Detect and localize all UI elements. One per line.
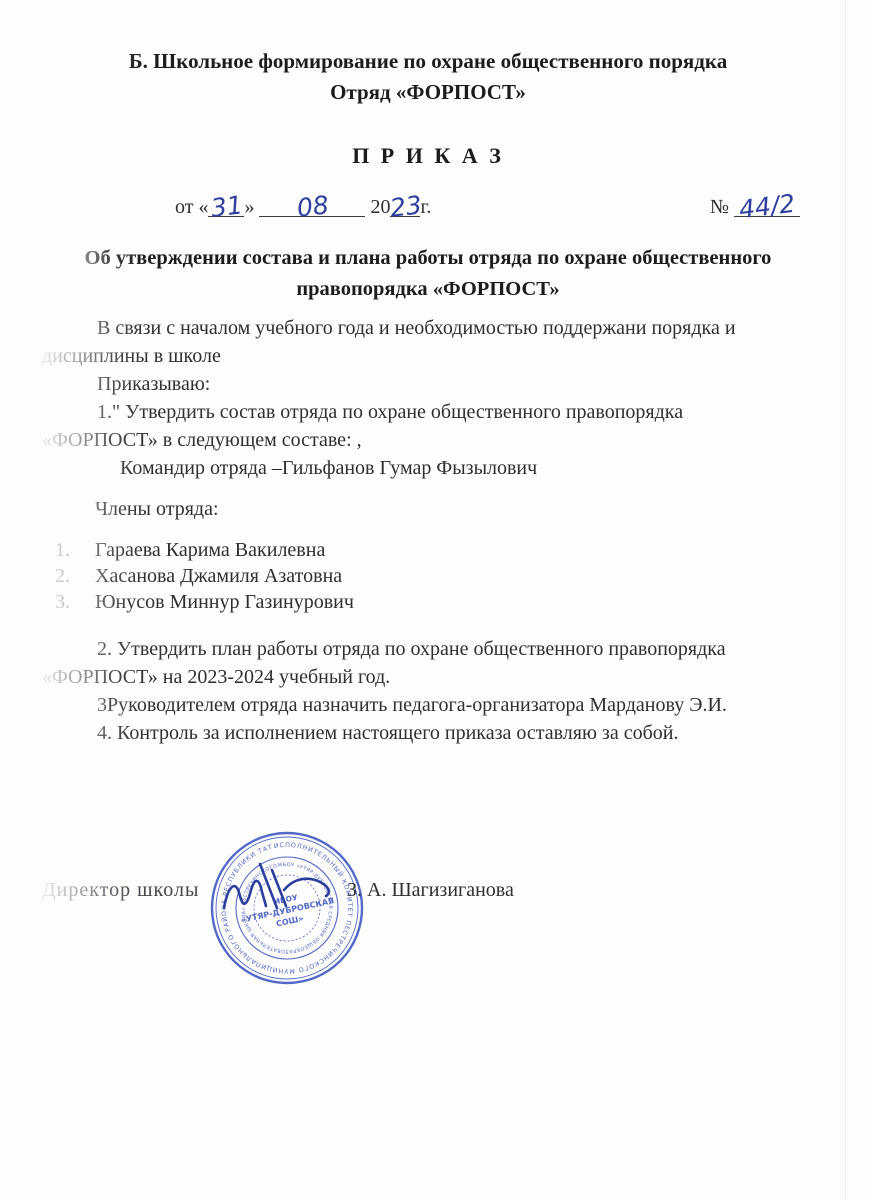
member-name: Юнусов Миннур Газинурович [69, 591, 354, 613]
member-number: 3. [42, 589, 69, 615]
document-title: Б. Школьное формирование по охране общес… [42, 46, 814, 108]
director-signature-ink [214, 856, 364, 930]
order-number-group: № 44/2 [710, 196, 800, 219]
order-heading: П Р И К А З [42, 143, 814, 169]
date-year-blank: 23 [390, 197, 420, 217]
item2-paragraph: 2. Утвердить план работы отряда по охран… [42, 635, 814, 691]
member-name: Гараева Карима Вакилевна [69, 539, 325, 561]
item2-line2: «ФОРПОСТ» на 2023-2024 учебный год. [42, 663, 814, 691]
prikaz-word: Приказываю: [42, 370, 814, 398]
item4-line: 4. Контроль за исполнением настоящего пр… [42, 719, 814, 747]
number-sign: № [710, 196, 729, 218]
member-name: Хасанова Джамиля Азатовна [69, 565, 342, 587]
member-row: 3.Юнусов Миннур Газинурович [42, 589, 814, 615]
document-title-line2: Отряд «ФОРПОСТ» [42, 77, 814, 108]
date-year-prefix: 20 [370, 196, 390, 218]
order-subject-line1: Об утверждении состава и плана работы от… [42, 243, 814, 274]
intro-line2: дисциплины в школе [42, 342, 814, 370]
handwritten-order-number: 44/2 [738, 196, 796, 219]
director-name: З. А. Шагизиганова [347, 879, 514, 902]
members-label: Члены отряда: [42, 495, 814, 523]
date-and-number-row: от «31» 08 2023г. № 44/2 [42, 196, 814, 219]
date-day-blank: 31 [208, 197, 244, 217]
item1-line2: «ФОРПОСТ» в следующем составе: , [42, 426, 814, 454]
handwritten-day: 31 [210, 197, 244, 217]
item1-line1: 1." Утвердить состав отряда по охране об… [42, 398, 814, 426]
handwritten-year: 23 [390, 197, 424, 217]
item3-line: 3Руководителем отряда назначить педагога… [42, 691, 814, 719]
date-month-blank: 08 [259, 197, 365, 217]
handwritten-month: 08 [296, 197, 330, 217]
order-subject-line2: правопорядка «ФОРПОСТ» [42, 274, 814, 305]
member-number: 2. [42, 563, 69, 589]
scanned-order-document: Б. Школьное формирование по охране общес… [0, 0, 872, 1200]
order-number-blank: 44/2 [734, 197, 800, 217]
director-role-label: Директор школы [42, 879, 199, 902]
order-subject: Об утверждении состава и плана работы от… [42, 243, 814, 305]
order-body: В связи с началом учебного года и необхо… [42, 314, 814, 747]
scan-edge-artifact [845, 0, 846, 1200]
member-row: 2.Хасанова Джамиля Азатовна [42, 563, 814, 589]
item2-line1: 2. Утвердить план работы отряда по охран… [42, 635, 814, 663]
document-content: Б. Школьное формирование по охране общес… [0, 0, 872, 1003]
members-section: Члены отряда: 1.Гараева Карима Вакилевна… [42, 495, 814, 615]
member-row: 1.Гараева Карима Вакилевна [42, 537, 814, 563]
intro-line1: В связи с началом учебного года и необхо… [42, 314, 814, 342]
date-group: от «31» 08 2023г. [175, 196, 431, 219]
members-list: 1.Гараева Карима Вакилевна 2.Хасанова Дж… [42, 537, 814, 615]
signature-block: Директор школы ИСПОЛНИТЕЛЬНЫЙ КОМИТЕТ ПЕ… [42, 828, 814, 1003]
member-number: 1. [42, 537, 69, 563]
commander-line: Командир отряда –Гильфанов Гумар Фызылов… [42, 454, 814, 482]
date-close-quote: » [244, 196, 254, 218]
document-title-line1: Б. Школьное формирование по охране общес… [42, 46, 814, 77]
date-prefix: от « [175, 196, 208, 218]
